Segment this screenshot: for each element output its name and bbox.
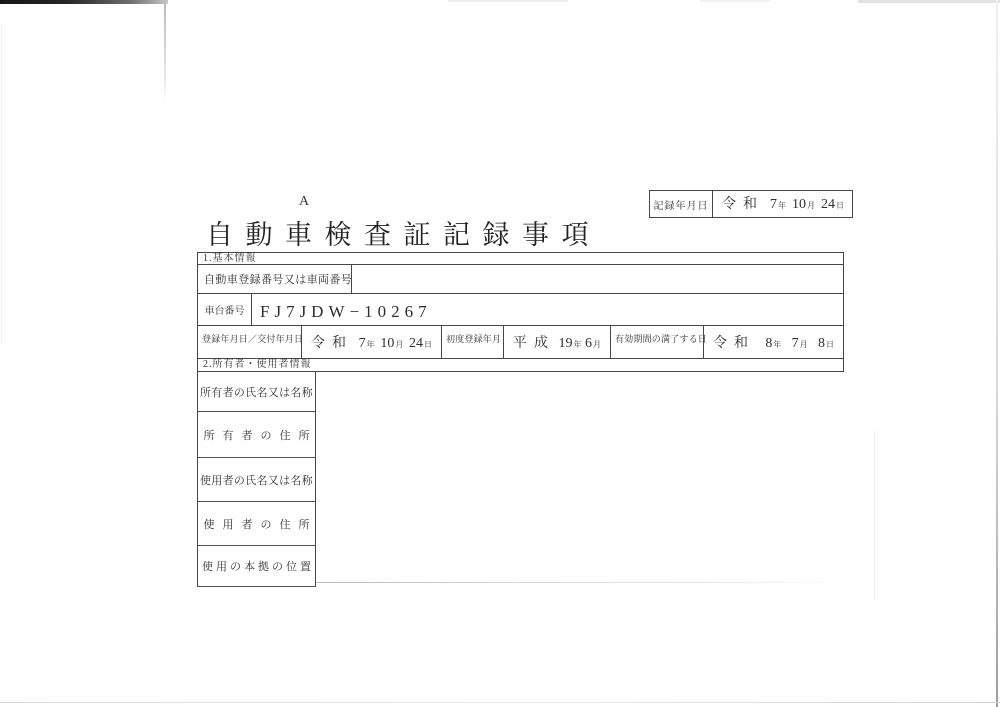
record-date-box: 記録年月日 令和 7年 10月 24日 — [649, 190, 853, 218]
base-location-label: 使用の本拠の位置 — [198, 546, 315, 587]
scan-artifact-left-edge — [1, 25, 2, 345]
registration-issue-date-label: 登録年月日／交付年月日 — [198, 326, 302, 358]
record-date-era: 令和 — [722, 193, 764, 213]
scan-artifact-vertical-line — [164, 3, 166, 101]
first-registration-label: 初度登録年月 — [442, 326, 504, 358]
dates-row: 登録年月日／交付年月日 令和 7年 10月 24日 初度登録年月 平成 19年 … — [197, 326, 844, 359]
registration-number-row: 自動車登録番号又は車両番号 — [197, 265, 844, 294]
user-address-label: 使用者の住所 — [198, 502, 315, 546]
page-marker: A — [299, 194, 309, 210]
document-title: 自動車検査証記録事項 — [206, 213, 601, 252]
owner-name-label: 所有者の氏名又は名称 — [198, 372, 315, 412]
scan-artifact-faint-line — [874, 430, 875, 600]
certificate-table: 1.基本情報 自動車登録番号又は車両番号 車台番号 FJ7JDW−10267 登… — [197, 252, 844, 587]
expiry-date-value: 令和 8年 7月 8日 — [704, 326, 843, 358]
chassis-number-row: 車台番号 FJ7JDW−10267 — [197, 294, 844, 326]
owner-address-label: 所有者の住所 — [198, 412, 315, 458]
registration-number-label: 自動車登録番号又は車両番号 — [198, 265, 352, 293]
scan-artifact-top-dash — [700, 0, 770, 2]
chassis-number-label: 車台番号 — [198, 294, 252, 325]
user-name-label: 使用者の氏名又は名称 — [198, 458, 315, 502]
section2-header: 2.所有者・使用者情報 — [197, 359, 844, 372]
record-date-month: 10 — [792, 197, 806, 213]
record-date-day: 24 — [821, 197, 835, 213]
scan-artifact-top-strip — [0, 0, 168, 4]
expiry-date-label: 有効期間の満了する日 — [611, 326, 704, 358]
registration-issue-date-value: 令和 7年 10月 24日 — [302, 326, 442, 358]
record-date-year: 7 — [770, 197, 777, 213]
record-date-value: 令和 7年 10月 24日 — [713, 191, 852, 217]
scanned-vehicle-inspection-certificate: 記録年月日 令和 7年 10月 24日 A 自動車検査証記録事項 1.基本情報 … — [0, 0, 1000, 707]
chassis-number-value: FJ7JDW−10267 — [252, 294, 843, 325]
record-date-label: 記録年月日 — [650, 191, 713, 217]
scan-artifact-top-dash — [448, 0, 568, 2]
scan-artifact-top-dash — [858, 0, 1000, 3]
first-registration-value: 平成 19年 6月 — [504, 326, 611, 358]
section1-header: 1.基本情報 — [197, 252, 844, 265]
scan-artifact-right-edge — [996, 0, 998, 707]
owner-user-label-column: 所有者の氏名又は名称 所有者の住所 使用者の氏名又は名称 使用者の住所 使用の本… — [197, 372, 316, 587]
scan-artifact-bottom-line — [0, 702, 1000, 703]
registration-number-value — [352, 265, 843, 293]
